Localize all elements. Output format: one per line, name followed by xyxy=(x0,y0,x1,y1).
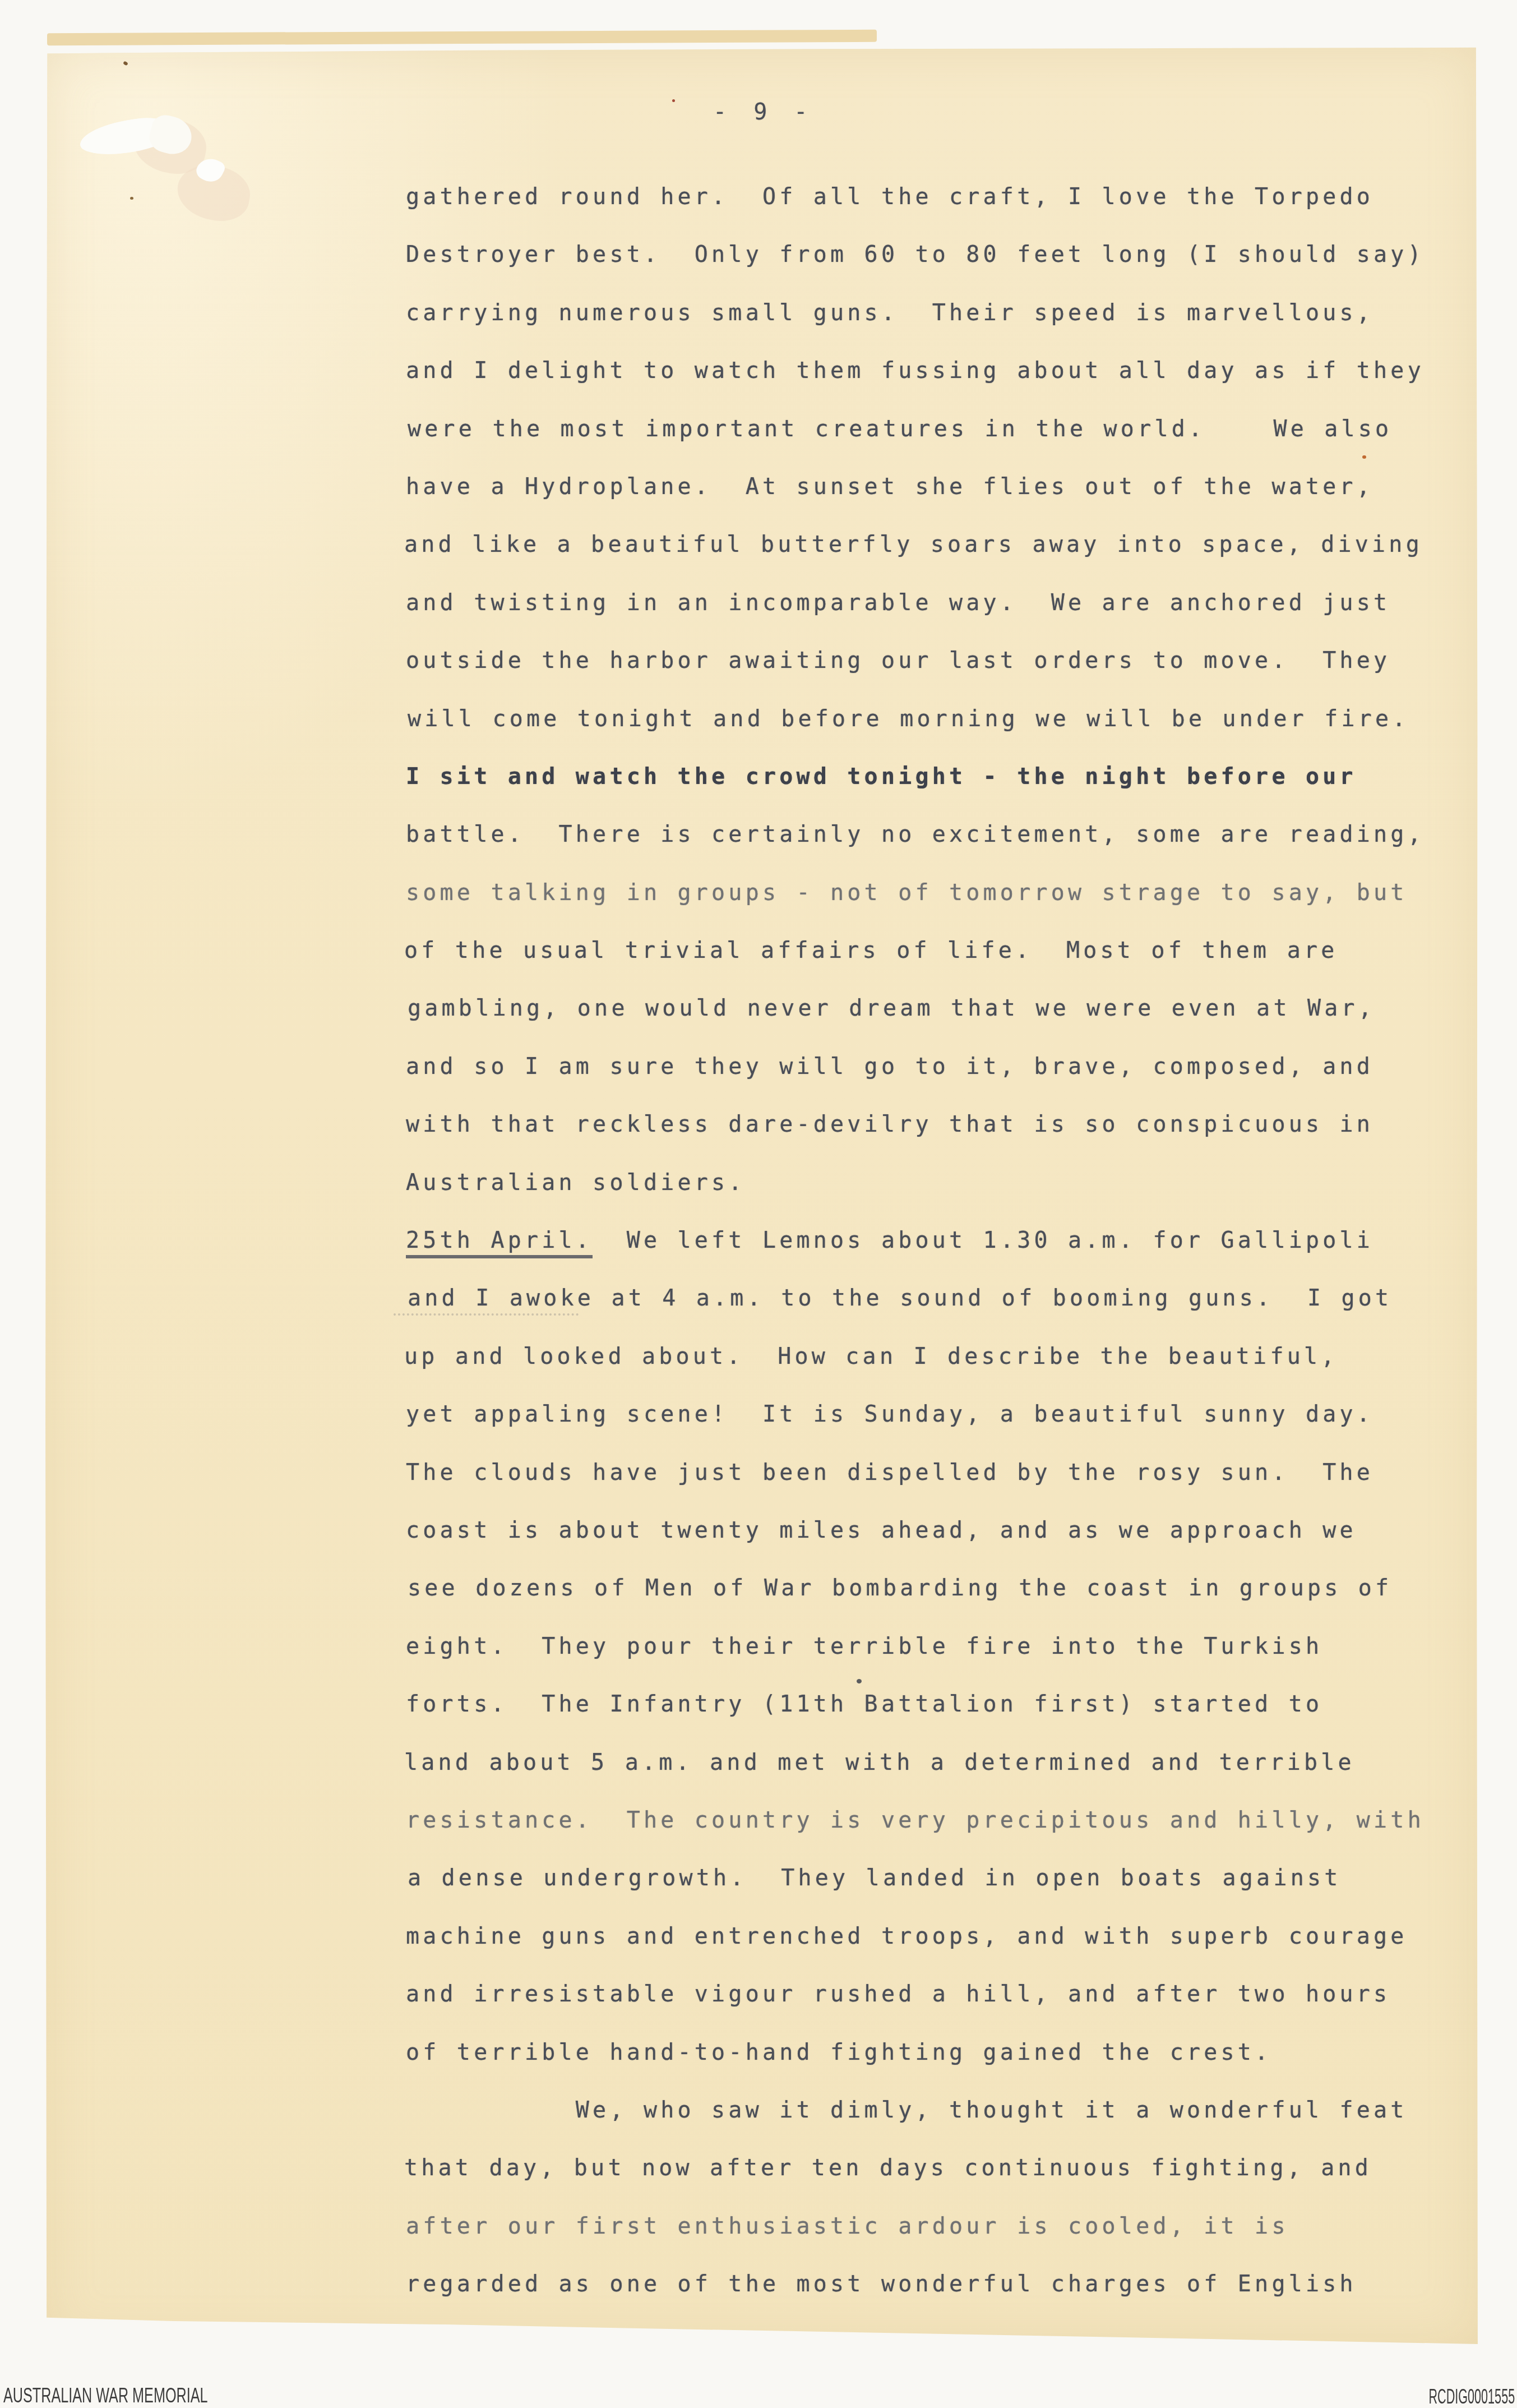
scan-page: - 9 - gathered round her. Of all the cra… xyxy=(0,0,1517,2408)
typed-line: coast is about twenty miles ahead, and a… xyxy=(406,1502,1424,1560)
page-number: - 9 - xyxy=(713,95,814,129)
typed-line: gathered round her. Of all the craft, I … xyxy=(406,168,1424,226)
typed-line: with that reckless dare-devilry that is … xyxy=(406,1096,1424,1154)
typed-line: gambling, one would never dream that we … xyxy=(408,980,1426,1037)
typed-line: see dozens of Men of War bombarding the … xyxy=(408,1560,1426,1617)
footer-record-id: RCDIG0001555 xyxy=(1428,2386,1515,2408)
typed-line: were the most important creatures in the… xyxy=(408,400,1426,458)
typed-line: of terrible hand-to-hand fighting gained… xyxy=(406,2024,1424,2082)
typed-line: I sit and watch the crowd tonight - the … xyxy=(406,748,1424,806)
typed-line: carrying numerous small guns. Their spee… xyxy=(406,284,1424,342)
typed-line: regarded as one of the most wonderful ch… xyxy=(406,2255,1424,2313)
typed-line: resistance. The country is very precipit… xyxy=(406,1792,1424,1849)
typed-line: land about 5 a.m. and met with a determi… xyxy=(404,1734,1423,1792)
typed-line: a dense undergrowth. They landed in open… xyxy=(408,1849,1426,1907)
typed-line: some talking in groups - not of tomorrow… xyxy=(406,864,1424,922)
typed-line: machine guns and entrenched troops, and … xyxy=(406,1908,1424,1966)
typed-line: have a Hydroplane. At sunset she flies o… xyxy=(406,458,1424,516)
text-block: gathered round her. Of all the craft, I … xyxy=(406,168,1424,2313)
typed-line: that day, but now after ten days continu… xyxy=(404,2139,1423,2197)
typed-line: will come tonight and before morning we … xyxy=(408,690,1426,748)
typed-line: after our first enthusiastic ardour is c… xyxy=(406,2198,1424,2255)
typed-line: and so I am sure they will go to it, bra… xyxy=(406,1038,1424,1096)
typed-line: of the usual trivial affairs of life. Mo… xyxy=(404,922,1423,980)
paper-stain xyxy=(672,99,675,102)
typed-line: We, who saw it dimly, thought it a wonde… xyxy=(406,2082,1424,2139)
typed-line: eight. They pour their terrible fire int… xyxy=(406,1618,1424,1676)
typed-line: yet appaling scene! It is Sunday, a beau… xyxy=(406,1386,1424,1443)
typed-line: Destroyer best. Only from 60 to 80 feet … xyxy=(406,226,1424,284)
typed-line: and irresistable vigour rushed a hill, a… xyxy=(406,1966,1424,2023)
underlined-date: 25th April. xyxy=(406,1228,593,1258)
typed-line: forts. The Infantry (11th Battalion firs… xyxy=(406,1676,1424,1733)
footer-archive-label: AUSTRALIAN WAR MEMORIAL xyxy=(3,2384,208,2407)
typed-line: and twisting in an incomparable way. We … xyxy=(406,574,1424,632)
paper-stain xyxy=(130,197,133,200)
typed-line: up and looked about. How can I describe … xyxy=(404,1328,1423,1386)
typed-line: and I delight to watch them fussing abou… xyxy=(406,342,1424,400)
typed-line: The clouds have just been dispelled by t… xyxy=(406,1444,1424,1502)
typed-line: Australian soldiers. xyxy=(406,1154,1424,1212)
typed-line: battle. There is certainly no excitement… xyxy=(406,806,1424,864)
faded-underline-trace xyxy=(394,1313,579,1316)
typed-line: and I awoke at 4 a.m. to the sound of bo… xyxy=(408,1270,1426,1327)
typed-line: outside the harbor awaiting our last ord… xyxy=(406,632,1424,690)
typed-line: 25th April. We left Lemnos about 1.30 a.… xyxy=(406,1212,1424,1270)
typed-line: and like a beautiful butterfly soars awa… xyxy=(404,516,1423,574)
torn-page-edge-fragment xyxy=(47,30,877,45)
